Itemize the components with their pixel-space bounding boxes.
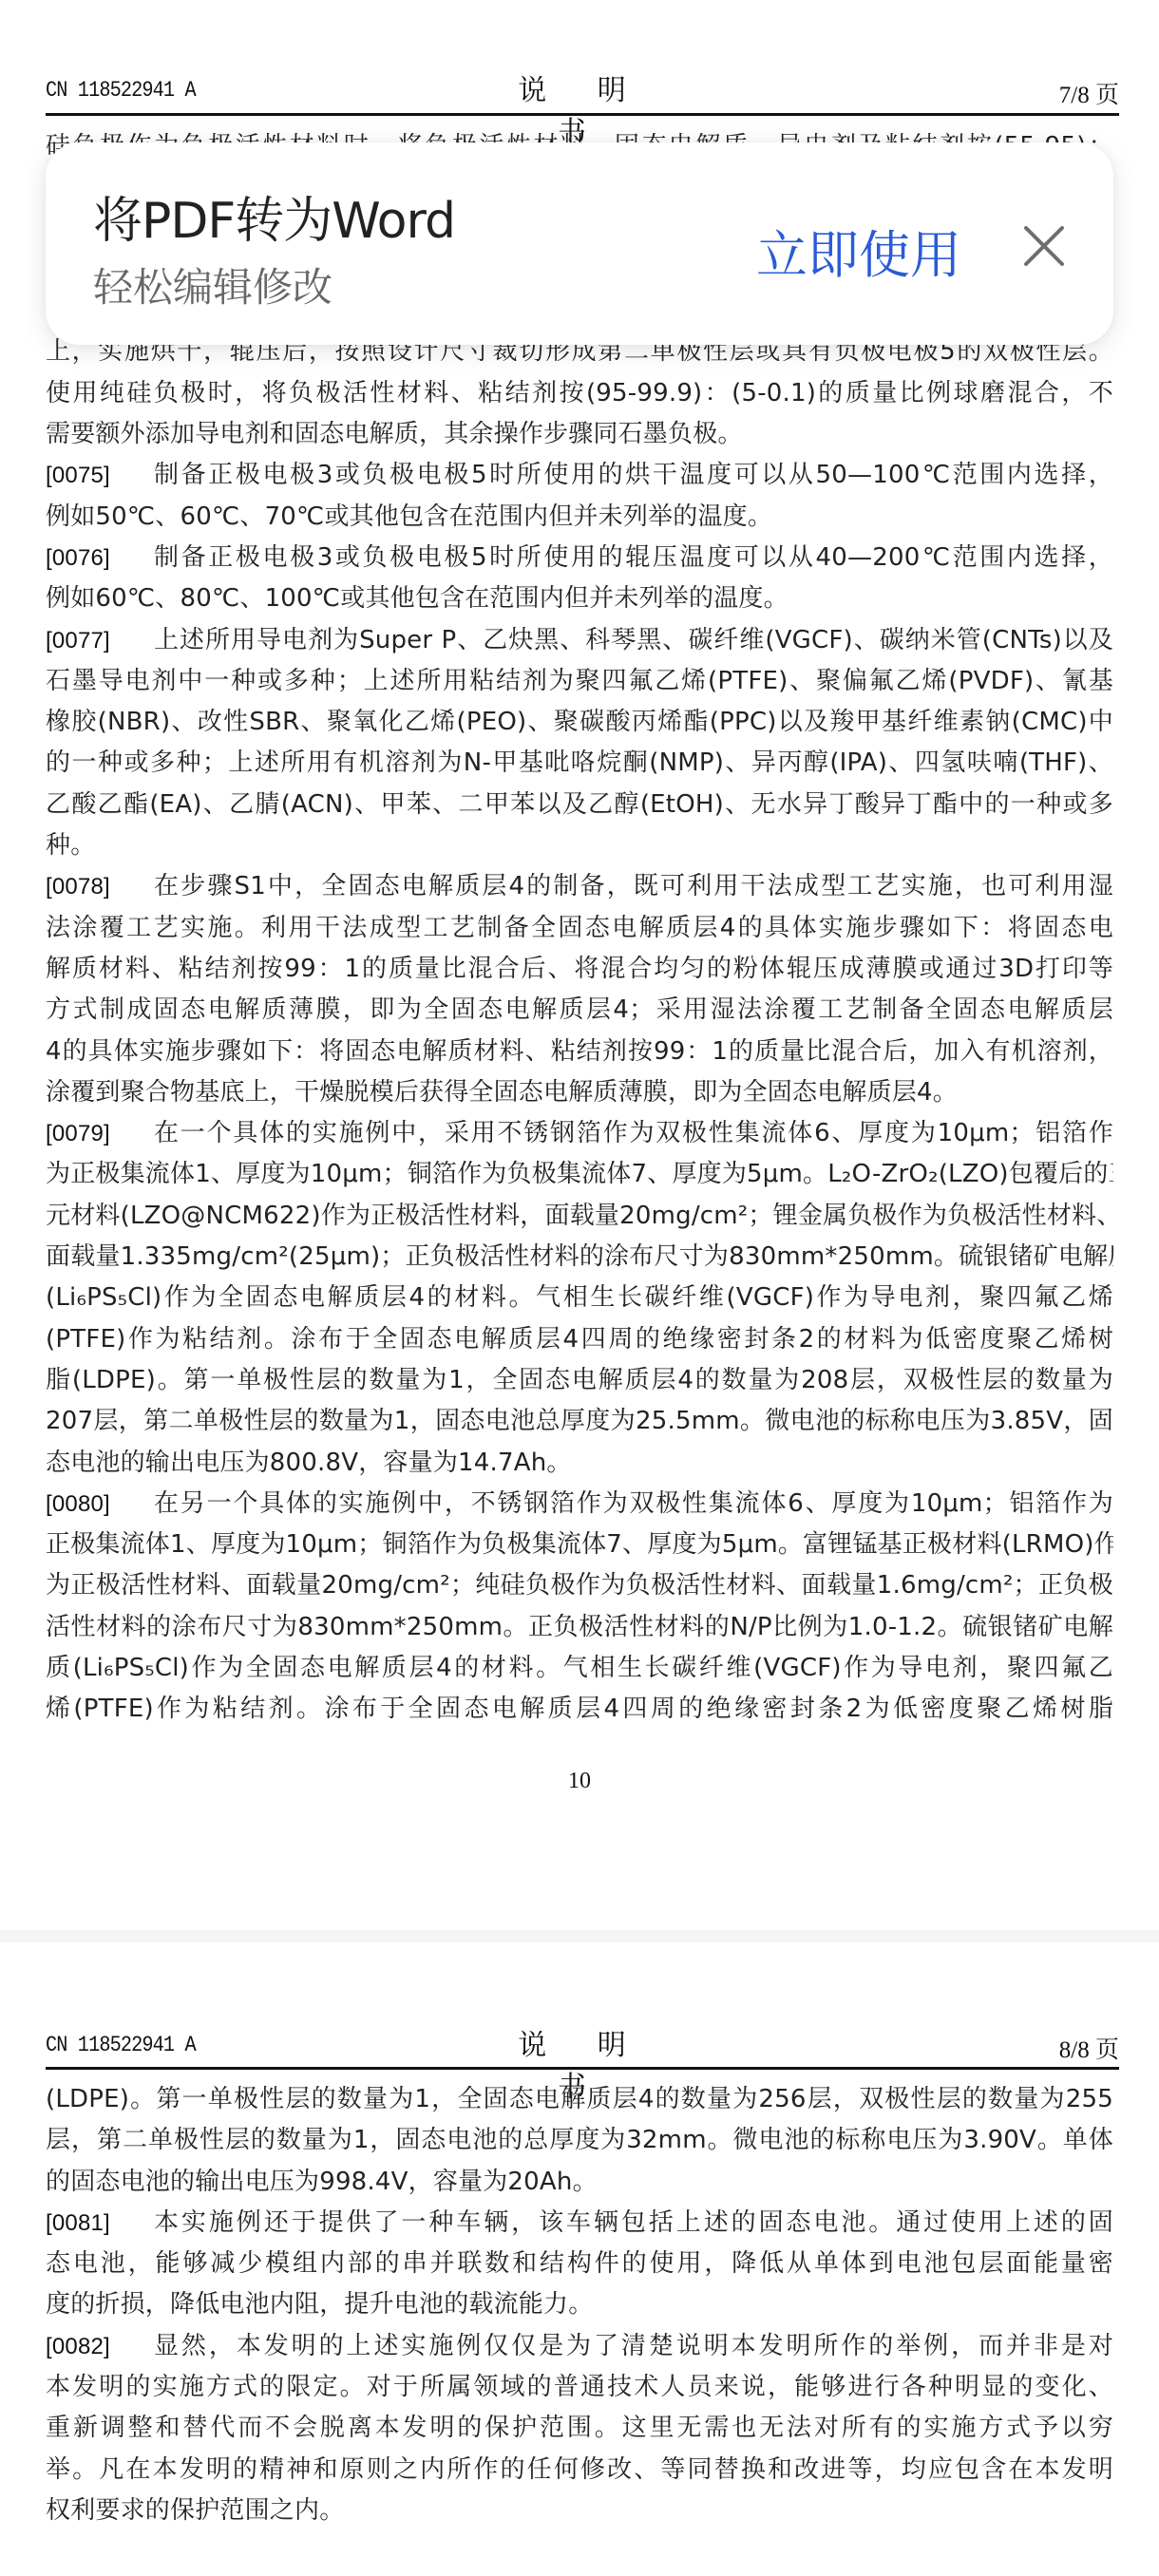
text-line: (PTFE)作为粘结剂。涂布于全固态电解质层4四周的绝缘密封条2的材料为低密度聚…: [46, 1319, 1113, 1360]
paragraph-first-line: [0081]本实施例还于提供了一种车辆，该车辆包括上述的固态电池。通过使用上述的…: [46, 2203, 1113, 2244]
line-text: 在步骤S1中，全固态电解质层4的制备，既可利用干法成型工艺实施，也可利用湿: [154, 866, 1113, 907]
line-text: (Li₆PS₅Cl)作为全固态电解质层4的材料。气相生长碳纤维(VGCF)作为导…: [46, 1278, 1113, 1318]
text-line: 面载量1.335mg/cm²(25μm)；正负极活性材料的涂布尺寸为830mm*…: [46, 1237, 1113, 1278]
patent-id: CN 118522941 A: [46, 2033, 196, 2057]
page-separator: [0, 1930, 1159, 1942]
text-line: 例如60℃、80℃、100℃或其他包含在范围内但并未列举的温度。: [46, 578, 1113, 619]
text-line: 例如50℃、60℃、70℃或其他包含在范围内但并未列举的温度。: [46, 497, 1113, 538]
close-icon: [1020, 222, 1068, 270]
text-line: 层，第二单极性层的数量为1，固态电池的总厚度为32mm。微电池的标称电压为3.9…: [46, 2120, 1113, 2161]
line-text: 元材料(LZO@NCM622)作为正极活性材料，面载量20mg/cm²；锂金属负…: [46, 1196, 1113, 1237]
text-line: 为正极活性材料、面载量20mg/cm²；纯硅负极作为负极活性材料、面载量1.6m…: [46, 1565, 1113, 1606]
paragraph-number: [0080]: [46, 1484, 154, 1525]
line-text: 使用纯硅负极时，将负极活性材料、粘结剂按(95-99.9)：(5-0.1)的质量…: [46, 373, 1113, 414]
line-text: 需要额外添加导电剂和固态电解质，其余操作步骤同石墨负极。: [46, 420, 743, 448]
use-now-button[interactable]: 立即使用: [756, 215, 961, 288]
line-text: 显然，本发明的上述实施例仅仅是为了清楚说明本发明所作的举例，而并非是对: [154, 2326, 1113, 2367]
text-line: 正极集流体1、厚度为10μm；铜箔作为负极集流体7、厚度为5μm。富锂锰基正极材…: [46, 1525, 1113, 1565]
line-text: 法涂覆工艺实施。利用干法成型工艺制备全固态电解质层4的具体实施步骤如下：将固态电: [46, 908, 1113, 949]
text-line: 举。凡在本发明的精神和原则之内所作的任何修改、等同替换和改进等，均应包含在本发明: [46, 2450, 1113, 2491]
text-line: 元材料(LZO@NCM622)作为正极活性材料，面载量20mg/cm²；锂金属负…: [46, 1196, 1113, 1237]
text-line: 质(Li₆PS₅Cl)作为全固态电解质层4的材料。气相生长碳纤维(VGCF)作为…: [46, 1648, 1113, 1689]
document-page-8: CN 118522941 A 说 明 书 8/8 页 (LDPE)。第一单极性层…: [0, 1942, 1159, 2576]
line-text: 的固态电池的输出电压为998.4V，容量为20Ah。: [46, 2168, 598, 2196]
line-text: 橡胶(NBR)、改性SBR、聚氧化乙烯(PEO)、聚碳酸丙烯酯(PPC)以及羧甲…: [46, 702, 1113, 743]
line-text: 脂(LDPE)。第一单极性层的数量为1，全固态电解质层4的数量为208层，双极性…: [46, 1360, 1113, 1401]
patent-id: CN 118522941 A: [46, 78, 196, 103]
text-line: 度的折损，降低电池内阻，提升电池的载流能力。: [46, 2284, 1113, 2325]
line-text: 的一种或多种；上述所用有机溶剂为N-甲基吡咯烷酮(NMP)、异丙醇(IPA)、四…: [46, 743, 1113, 784]
page-header: CN 118522941 A 说 明 书 7/8 页: [46, 61, 1119, 118]
text-line: 4的具体实施步骤如下：将固态电解质材料、粘结剂按99：1的质量比混合后，加入有机…: [46, 1032, 1113, 1072]
paragraph-first-line: [0078]在步骤S1中，全固态电解质层4的制备，既可利用干法成型工艺实施，也可…: [46, 866, 1113, 907]
line-text: (LDPE)。第一单极性层的数量为1，全固态电解质层4的数量为256层，双极性层…: [46, 2079, 1113, 2120]
line-text: 上述所用导电剂为Super P、乙炔黑、科琴黑、碳纤维(VGCF)、碳纳米管(C…: [154, 620, 1113, 661]
text-line: 重新调整和替代而不会脱离本发明的保护范围。这里无需也无法对所有的实施方式予以穷: [46, 2408, 1113, 2449]
line-text: 在一个具体的实施例中，采用不锈钢箔作为双极性集流体6、厚度为10μm；铝箔作: [154, 1113, 1113, 1154]
line-text: (PTFE)作为粘结剂。涂布于全固态电解质层4四周的绝缘密封条2的材料为低密度聚…: [46, 1319, 1113, 1360]
pdf-to-word-banner[interactable]: 将PDF转为Word 轻松编辑修改 立即使用: [46, 142, 1113, 345]
line-text: 态电池的输出电压为800.8V，容量为14.7Ah。: [46, 1449, 572, 1477]
header-rule: [46, 2067, 1119, 2070]
line-text: 层，第二单极性层的数量为1，固态电池的总厚度为32mm。微电池的标称电压为3.9…: [46, 2120, 1113, 2161]
line-text: 质(Li₆PS₅Cl)作为全固态电解质层4的材料。气相生长碳纤维(VGCF)作为…: [46, 1648, 1113, 1689]
paragraph-first-line: [0075]制备正极电极3或负极电极5时所使用的烘干温度可以从50—100℃范围…: [46, 455, 1113, 496]
text-line: 方式制成固态电解质薄膜，即为全固态电解质层4；采用湿法涂覆工艺制备全固态电解质层: [46, 990, 1113, 1031]
line-text: 例如60℃、80℃、100℃或其他包含在范围内但并未列举的温度。: [46, 584, 788, 613]
text-line: 涂覆到聚合物基底上，干燥脱模后获得全固态电解质薄膜，即为全固态电解质层4。: [46, 1072, 1113, 1113]
line-text: 活性材料的涂布尺寸为830mm*250mm。正负极活性材料的N/P比例为1.0-…: [46, 1607, 1113, 1648]
paragraph-number: [0077]: [46, 620, 154, 661]
text-line: (Li₆PS₅Cl)作为全固态电解质层4的材料。气相生长碳纤维(VGCF)作为导…: [46, 1278, 1113, 1318]
text-line: 解质材料、粘结剂按99：1的质量比混合后、将混合均匀的粉体辊压成薄膜或通过3D打…: [46, 949, 1113, 990]
line-text: 面载量1.335mg/cm²(25μm)；正负极活性材料的涂布尺寸为830mm*…: [46, 1237, 1113, 1278]
close-banner-button[interactable]: [1020, 222, 1068, 270]
paragraph-number: [0081]: [46, 2203, 154, 2244]
text-line: 207层，第二单极性层的数量为1，固态电池总厚度为25.5mm。微电池的标称电压…: [46, 1401, 1113, 1442]
header-rule: [46, 113, 1119, 116]
page-body: 硅负极作为负极活性材料时，将负极活性材料、固态电解质、导电剂及粘结剂按(55-9…: [46, 126, 1113, 1731]
text-line: (LDPE)。第一单极性层的数量为1，全固态电解质层4的数量为256层，双极性层…: [46, 2079, 1113, 2120]
text-line: 权利要求的保护范围之内。: [46, 2491, 1113, 2531]
line-text: 权利要求的保护范围之内。: [46, 2496, 344, 2525]
banner-title: 将PDF转为Word: [93, 180, 455, 252]
line-text: 207层，第二单极性层的数量为1，固态电池总厚度为25.5mm。微电池的标称电压…: [46, 1401, 1113, 1442]
line-text: 重新调整和替代而不会脱离本发明的保护范围。这里无需也无法对所有的实施方式予以穷: [46, 2408, 1113, 2449]
page-label: 8/8 页: [1059, 2031, 1119, 2065]
text-line: 橡胶(NBR)、改性SBR、聚氧化乙烯(PEO)、聚碳酸丙烯酯(PPC)以及羧甲…: [46, 702, 1113, 743]
footer-page-number: 10: [0, 1769, 1159, 1794]
text-line: 使用纯硅负极时，将负极活性材料、粘结剂按(95-99.9)：(5-0.1)的质量…: [46, 373, 1113, 414]
line-text: 种。: [46, 831, 95, 860]
paragraph-first-line: [0077]上述所用导电剂为Super P、乙炔黑、科琴黑、碳纤维(VGCF)、…: [46, 620, 1113, 661]
paragraph-number: [0078]: [46, 866, 154, 907]
paragraph-first-line: [0082]显然，本发明的上述实施例仅仅是为了清楚说明本发明所作的举例，而并非是…: [46, 2326, 1113, 2367]
line-text: 石墨导电剂中一种或多种；上述所用粘结剂为聚四氟乙烯(PTFE)、聚偏氟乙烯(PV…: [46, 661, 1113, 702]
line-text: 解质材料、粘结剂按99：1的质量比混合后、将混合均匀的粉体辊压成薄膜或通过3D打…: [46, 949, 1113, 990]
line-text: 4的具体实施步骤如下：将固态电解质材料、粘结剂按99：1的质量比混合后，加入有机…: [46, 1032, 1113, 1072]
paragraph-number: [0082]: [46, 2326, 154, 2367]
line-text: 本实施例还于提供了一种车辆，该车辆包括上述的固态电池。通过使用上述的固: [154, 2203, 1113, 2244]
line-text: 正极集流体1、厚度为10μm；铜箔作为负极集流体7、厚度为5μm。富锂锰基正极材…: [46, 1525, 1113, 1565]
paragraph-number: [0075]: [46, 455, 154, 496]
line-text: 本发明的实施方式的限定。对于所属领域的普通技术人员来说，能够进行各种明显的变化、: [46, 2367, 1113, 2408]
text-line: 需要额外添加导电剂和固态电解质，其余操作步骤同石墨负极。: [46, 414, 1113, 455]
text-line: 乙酸乙酯(EA)、乙腈(ACN)、甲苯、二甲苯以及乙醇(EtOH)、无水异丁酸异…: [46, 785, 1113, 825]
text-line: 烯(PTFE)作为粘结剂。涂布于全固态电解质层4四周的绝缘密封条2为低密度聚乙烯…: [46, 1689, 1113, 1730]
line-text: 方式制成固态电解质薄膜，即为全固态电解质层4；采用湿法涂覆工艺制备全固态电解质层: [46, 990, 1113, 1031]
line-text: 例如50℃、60℃、70℃或其他包含在范围内但并未列举的温度。: [46, 502, 772, 531]
line-text: 烯(PTFE)作为粘结剂。涂布于全固态电解质层4四周的绝缘密封条2为低密度聚乙烯…: [46, 1689, 1113, 1730]
paragraph-number: [0079]: [46, 1113, 154, 1154]
line-text: 制备正极电极3或负极电极5时所使用的辊压温度可以从40—200℃范围内选择，: [154, 538, 1113, 578]
line-text: 乙酸乙酯(EA)、乙腈(ACN)、甲苯、二甲苯以及乙醇(EtOH)、无水异丁酸异…: [46, 785, 1113, 825]
text-line: 法涂覆工艺实施。利用干法成型工艺制备全固态电解质层4的具体实施步骤如下：将固态电: [46, 908, 1113, 949]
line-text: 为正极集流体1、厚度为10μm；铜箔作为负极集流体7、厚度为5μm。L₂O-Zr…: [46, 1154, 1113, 1195]
line-text: 举。凡在本发明的精神和原则之内所作的任何修改、等同替换和改进等，均应包含在本发明: [46, 2450, 1113, 2491]
page-body: (LDPE)。第一单极性层的数量为1，全固态电解质层4的数量为256层，双极性层…: [46, 2079, 1113, 2531]
page-label: 7/8 页: [1059, 76, 1119, 110]
page-header: CN 118522941 A 说 明 书 8/8 页: [46, 2016, 1119, 2073]
paragraph-first-line: [0079]在一个具体的实施例中，采用不锈钢箔作为双极性集流体6、厚度为10μm…: [46, 1113, 1113, 1154]
text-line: 的一种或多种；上述所用有机溶剂为N-甲基吡咯烷酮(NMP)、异丙醇(IPA)、四…: [46, 743, 1113, 784]
text-line: 石墨导电剂中一种或多种；上述所用粘结剂为聚四氟乙烯(PTFE)、聚偏氟乙烯(PV…: [46, 661, 1113, 702]
line-text: 为正极活性材料、面载量20mg/cm²；纯硅负极作为负极活性材料、面载量1.6m…: [46, 1565, 1113, 1606]
text-line: 为正极集流体1、厚度为10μm；铜箔作为负极集流体7、厚度为5μm。L₂O-Zr…: [46, 1154, 1113, 1195]
text-line: 活性材料的涂布尺寸为830mm*250mm。正负极活性材料的N/P比例为1.0-…: [46, 1607, 1113, 1648]
line-text: 涂覆到聚合物基底上，干燥脱模后获得全固态电解质薄膜，即为全固态电解质层4。: [46, 1078, 958, 1107]
line-text: 度的折损，降低电池内阻，提升电池的载流能力。: [46, 2290, 593, 2319]
banner-subtitle: 轻松编辑修改: [93, 256, 332, 313]
paragraph-first-line: [0076]制备正极电极3或负极电极5时所使用的辊压温度可以从40—200℃范围…: [46, 538, 1113, 578]
text-line: 脂(LDPE)。第一单极性层的数量为1，全固态电解质层4的数量为208层，双极性…: [46, 1360, 1113, 1401]
line-text: 态电池，能够减少模组内部的串并联数和结构件的使用，降低从单体到电池包层面能量密: [46, 2244, 1113, 2284]
text-line: 的固态电池的输出电压为998.4V，容量为20Ah。: [46, 2162, 1113, 2203]
text-line: 本发明的实施方式的限定。对于所属领域的普通技术人员来说，能够进行各种明显的变化、: [46, 2367, 1113, 2408]
line-text: 制备正极电极3或负极电极5时所使用的烘干温度可以从50—100℃范围内选择，: [154, 455, 1113, 496]
text-line: 种。: [46, 825, 1113, 866]
text-line: 态电池，能够减少模组内部的串并联数和结构件的使用，降低从单体到电池包层面能量密: [46, 2244, 1113, 2284]
line-text: 在另一个具体的实施例中，不锈钢箔作为双极性集流体6、厚度为10μm；铝箔作为: [154, 1484, 1113, 1525]
paragraph-first-line: [0080]在另一个具体的实施例中，不锈钢箔作为双极性集流体6、厚度为10μm；…: [46, 1484, 1113, 1525]
paragraph-number: [0076]: [46, 538, 154, 578]
text-line: 态电池的输出电压为800.8V，容量为14.7Ah。: [46, 1443, 1113, 1484]
